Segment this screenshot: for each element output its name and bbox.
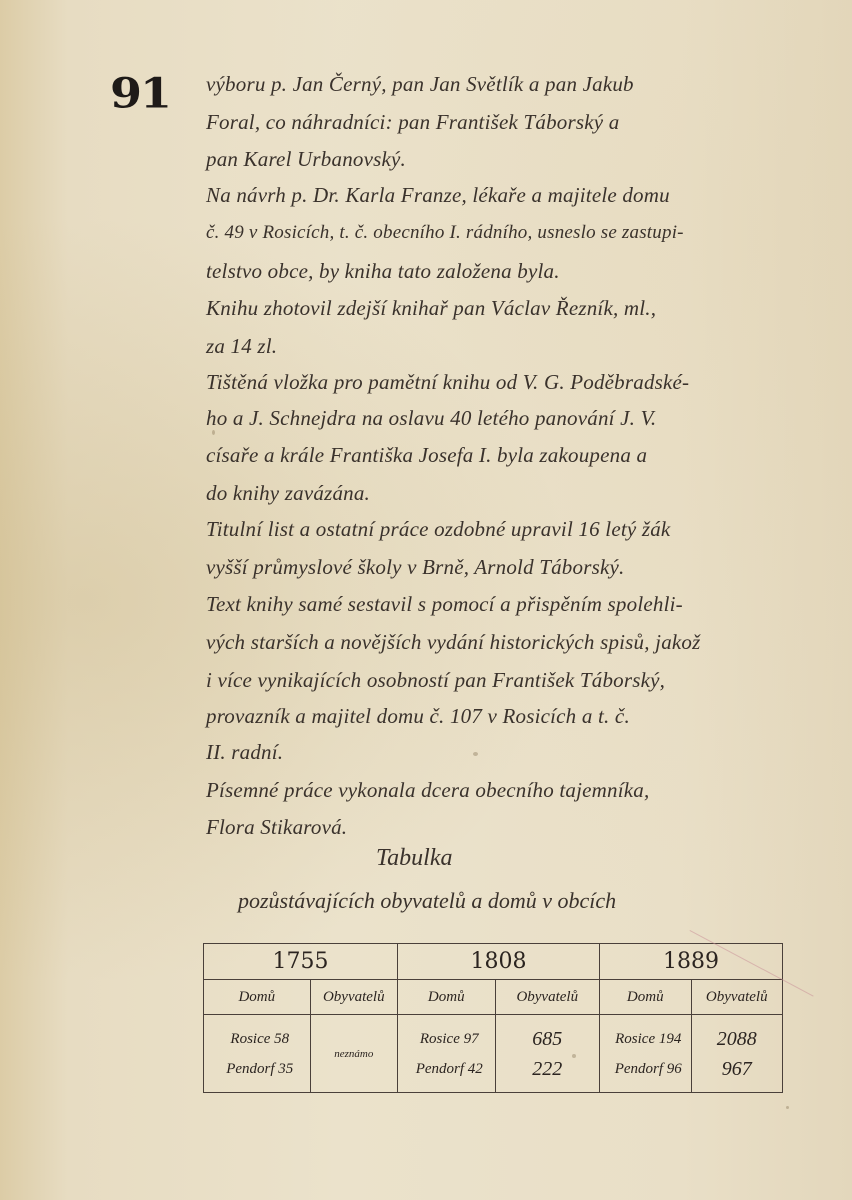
houses-1755: Rosice 58 Pendorf 35 <box>204 1015 311 1093</box>
text-line: II. radní. <box>206 740 283 765</box>
text-line: vých starších a novějších vydání histori… <box>206 630 701 655</box>
col-inhabitants-1889: Obyvatelů <box>691 980 783 1015</box>
inhabitants-1889: 2088 967 <box>691 1015 783 1093</box>
houses-1755-rosice: Rosice 58 <box>210 1024 310 1054</box>
text-line: císaře a krále Františka Josefa I. byla … <box>206 443 647 468</box>
text-line: Text knihy samé sestavil s pomocí a přis… <box>206 592 683 617</box>
col-inhabitants-1755: Obyvatelů <box>310 980 397 1015</box>
text-line: do knihy zavázána. <box>206 481 370 506</box>
inhabitants-1808-pendorf: 222 <box>496 1054 600 1084</box>
text-line: provazník a majitel domu č. 107 v Rosicí… <box>206 704 630 729</box>
houses-1889-pendorf: Pendorf 96 <box>606 1054 690 1084</box>
houses-1889-rosice: Rosice 194 <box>606 1024 690 1054</box>
table-subheading: pozůstávajících obyvatelů a domů v obcíc… <box>238 888 616 914</box>
text-line: Písemné práce vykonala dcera obecního ta… <box>206 778 649 803</box>
data-row: Rosice 58 Pendorf 35 neznámo Rosice 97 P… <box>204 1015 783 1093</box>
text-line: vyšší průmyslové školy v Brně, Arnold Tá… <box>206 555 624 580</box>
text-line: Na návrh p. Dr. Karla Franze, lékaře a m… <box>206 183 670 208</box>
text-line: Flora Stikarová. <box>206 815 347 840</box>
year-header-row: 1755 1808 1889 <box>204 944 783 980</box>
year-1808: 1808 <box>398 944 600 980</box>
ink-spot <box>786 1106 789 1109</box>
text-line: Knihu zhotovil zdejší knihař pan Václav … <box>206 296 656 321</box>
col-houses-1889: Domů <box>600 980 691 1015</box>
inhabitants-1755: neznámo <box>310 1015 397 1093</box>
text-line: Foral, co náhradníci: pan František Tábo… <box>206 110 619 135</box>
inhabitants-1889-pendorf: 967 <box>692 1054 783 1084</box>
text-line: výboru p. Jan Černý, pan Jan Světlík a p… <box>206 72 634 97</box>
houses-1808-rosice: Rosice 97 <box>404 1024 495 1054</box>
ink-spot <box>572 1054 576 1058</box>
text-line: Titulní list a ostatní práce ozdobné upr… <box>206 517 670 542</box>
text-line: i více vynikajících osobností pan Franti… <box>206 668 665 693</box>
ink-spot <box>473 752 478 756</box>
year-1755: 1755 <box>204 944 398 980</box>
table-heading: Tabulka <box>376 845 452 872</box>
text-line: telstvo obce, by kniha tato založena byl… <box>206 259 560 284</box>
houses-1808-pendorf: Pendorf 42 <box>404 1054 495 1084</box>
page-number: 91 <box>110 69 170 118</box>
houses-1889: Rosice 194 Pendorf 96 <box>600 1015 691 1093</box>
text-line: pan Karel Urbanovský. <box>206 147 406 172</box>
col-inhabitants-1808: Obyvatelů <box>495 980 600 1015</box>
text-line: Tištěná vložka pro pamětní knihu od V. G… <box>206 370 689 395</box>
col-houses-1755: Domů <box>204 980 311 1015</box>
census-table: 1755 1808 1889 Domů Obyvatelů Domů Obyva… <box>203 943 783 1093</box>
col-houses-1808: Domů <box>398 980 496 1015</box>
text-line: č. 49 v Rosicích, t. č. obecního I. rádn… <box>206 222 684 244</box>
document-page: 91 výboru p. Jan Černý, pan Jan Světlík … <box>0 0 852 1200</box>
houses-1808: Rosice 97 Pendorf 42 <box>398 1015 496 1093</box>
text-line: za 14 zl. <box>206 334 277 359</box>
inhabitants-1889-rosice: 2088 <box>692 1024 783 1054</box>
year-1889: 1889 <box>600 944 783 980</box>
ink-spot <box>212 430 215 435</box>
inhabitants-1808-rosice: 685 <box>496 1024 600 1054</box>
subheader-row: Domů Obyvatelů Domů Obyvatelů Domů Obyva… <box>204 980 783 1015</box>
houses-1755-pendorf: Pendorf 35 <box>210 1054 310 1084</box>
inhabitants-1808: 685 222 <box>495 1015 600 1093</box>
text-line: ho a J. Schnejdra na oslavu 40 letého pa… <box>206 406 656 431</box>
